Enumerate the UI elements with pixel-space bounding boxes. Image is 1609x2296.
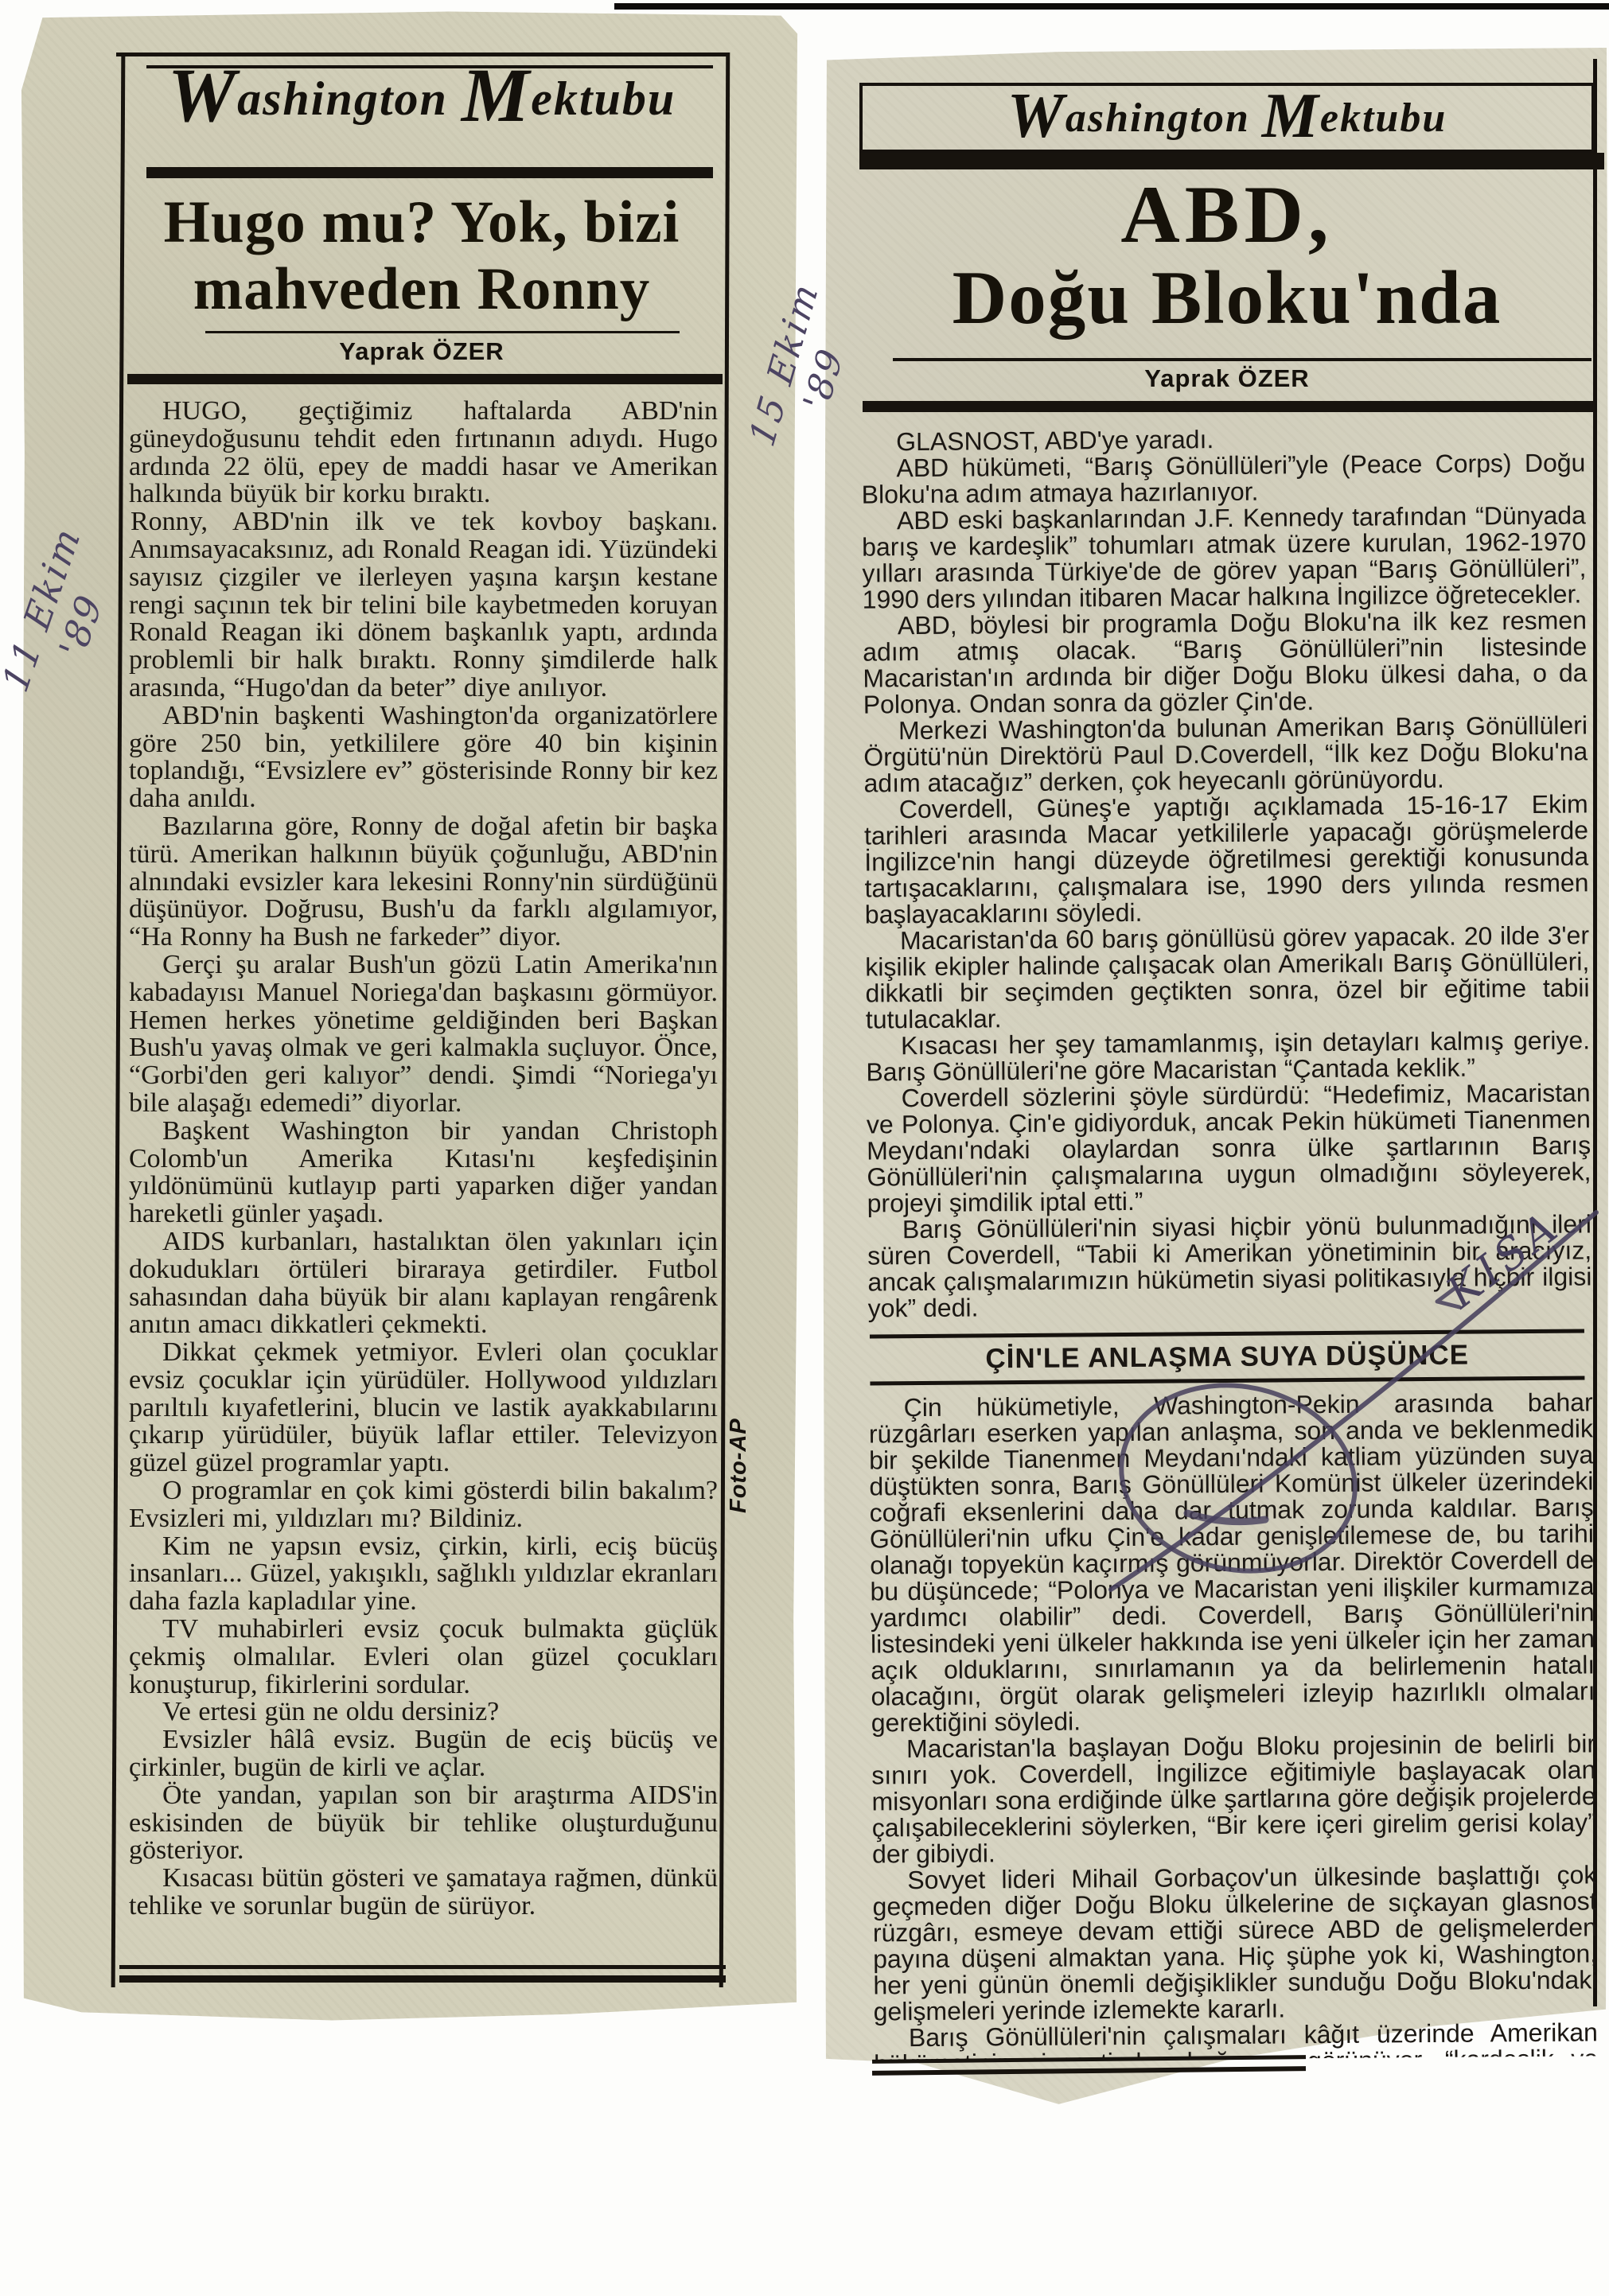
byline-bottom-rule	[863, 401, 1595, 412]
paragraph: Coverdell, Güneş'e yaptığı açıklamada 15…	[864, 791, 1589, 928]
paragraph: ABD eski başkanlarından J.F. Kennedy tar…	[862, 502, 1587, 613]
headline-line1: ABD,	[859, 170, 1595, 259]
article-body-part2: Çin hükümetiyle, Washington-Pekin arasın…	[869, 1389, 1599, 2061]
paragraph: ABD, böylesi bir programla Doğu Bloku'na…	[863, 607, 1588, 718]
paragraph: Macaristan'la başlayan Doğu Bloku projes…	[871, 1730, 1596, 1867]
handwritten-date: 15 Ekim '89	[735, 257, 871, 486]
masthead-initial: M	[1262, 81, 1320, 151]
masthead-word: ektubu	[1320, 95, 1447, 141]
article-body: GLASNOST, ABD'ye yaradı.ABD hükümeti, “B…	[861, 423, 1598, 2061]
article-body-part1: GLASNOST, ABD'ye yaradı.ABD hükümeti, “B…	[861, 423, 1592, 1321]
masthead-initial: W	[1007, 81, 1066, 151]
paragraph: Sovyet lideri Mihail Gorbaçov'un ülkesin…	[872, 1862, 1598, 2025]
paragraph: Kısacası her şey tamamlanmış, işin detay…	[866, 1027, 1590, 1085]
byline-top-rule	[893, 358, 1591, 361]
paragraph: ABD hükümeti, “Barış Gönüllüleri”yle (Pe…	[861, 449, 1585, 508]
headline-line2: Doğu Bloku'nda	[859, 256, 1595, 339]
byline: Yaprak ÖZER	[859, 364, 1595, 393]
paragraph: Barış Gönüllüleri'nin siyasi hiçbir yönü…	[867, 1211, 1592, 1321]
paragraph: Coverdell sözlerini şöyle sürdürdü: “Hed…	[866, 1080, 1591, 1216]
masthead-box: Washington Mektubu	[859, 83, 1595, 153]
paragraph: Merkezi Washington'da bulunan Amerikan B…	[863, 712, 1588, 796]
masthead-bottom-bar	[859, 153, 1604, 169]
bottom-rule-thick	[872, 2066, 1306, 2076]
masthead-word: ashington	[1066, 95, 1250, 141]
column-masthead: Washington Mektubu	[1007, 95, 1447, 142]
right-clipping: Washington Mektubu ABD, Doğu Bloku'nda Y…	[0, 0, 1609, 2148]
subheading: ÇİN'LE ANLAŞMA SUYA DÜŞÜNCE	[870, 1329, 1584, 1385]
scanned-newspaper-page: Washington Mektubu Hugo mu? Yok, bizi ma…	[0, 0, 1609, 2296]
paragraph: Macaristan'da 60 barış gönüllüsü görev y…	[865, 922, 1590, 1033]
paragraph: Çin hükümetiyle, Washington-Pekin arasın…	[869, 1389, 1595, 1736]
